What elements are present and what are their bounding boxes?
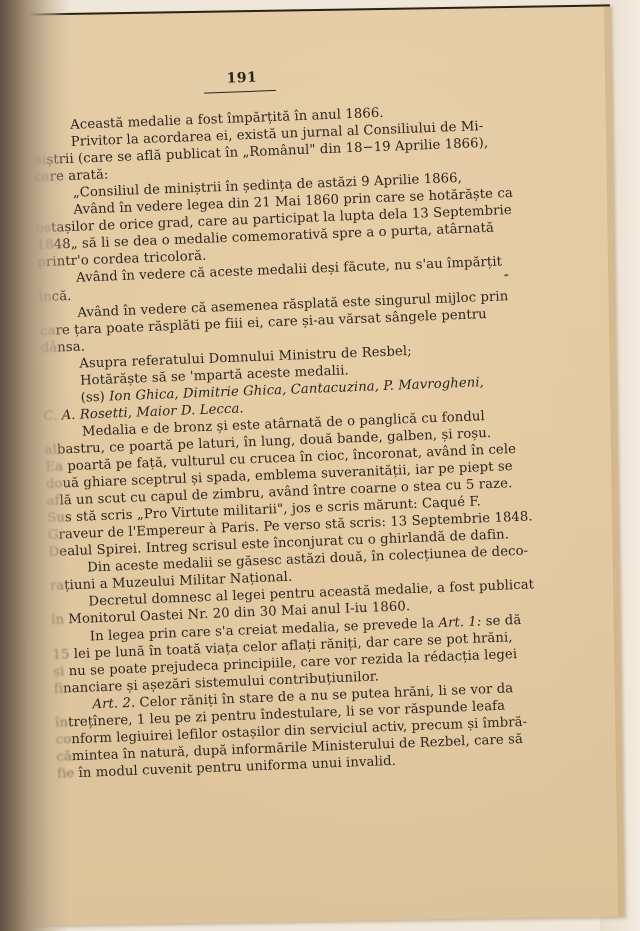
line-text: re arată:	[49, 168, 108, 185]
cut-off-text: p	[37, 255, 46, 270]
line-text: (ss)	[80, 389, 109, 405]
cut-off-text: C.	[43, 408, 58, 424]
text-body: Această medalie a fost împărțită în anul…	[0, 0, 605, 2]
page-number-rule	[204, 90, 276, 94]
text-line: încă.	[38, 287, 71, 305]
paper-speck	[504, 274, 508, 276]
cut-off-text: Ea	[45, 459, 63, 475]
cut-off-text: ra	[50, 579, 65, 595]
cut-off-text: os	[36, 221, 51, 237]
cut-off-text: Su	[47, 510, 65, 526]
cut-off-text: al	[44, 443, 57, 458]
cut-off-text: 15	[52, 647, 70, 663]
page-content: 191 Această medalie a fost împărțită în …	[0, 0, 640, 931]
cut-off-text: ca	[34, 170, 50, 186]
cut-off-text: în	[55, 715, 68, 730]
cut-off-text: dâ	[40, 340, 57, 356]
line-text: se dă	[481, 612, 521, 629]
cut-off-text: af	[46, 494, 60, 509]
cut-off-text: în	[39, 289, 52, 304]
cut-off-text: în	[51, 613, 64, 628]
cut-off-text: co	[56, 732, 72, 748]
italic-text: Art. 2.	[92, 695, 135, 712]
cut-off-text: ca	[40, 323, 56, 339]
cut-off-text: ni	[33, 153, 46, 168]
cut-off-text: fie	[57, 766, 75, 782]
line-text: nsa.	[57, 339, 85, 355]
cut-off-text: și	[53, 664, 65, 679]
text-line: dânsa.	[40, 338, 85, 357]
cut-off-text: do	[46, 476, 63, 492]
cut-off-text: 18	[37, 238, 55, 254]
page-number: 191	[226, 70, 257, 87]
cut-off-text: că	[56, 749, 72, 765]
cut-off-text: fi	[54, 681, 64, 696]
italic-text: Art. 1:	[438, 614, 482, 631]
cut-off-text: D	[48, 545, 59, 560]
line-text: că.	[51, 288, 71, 304]
cut-off-text: G	[48, 528, 59, 543]
